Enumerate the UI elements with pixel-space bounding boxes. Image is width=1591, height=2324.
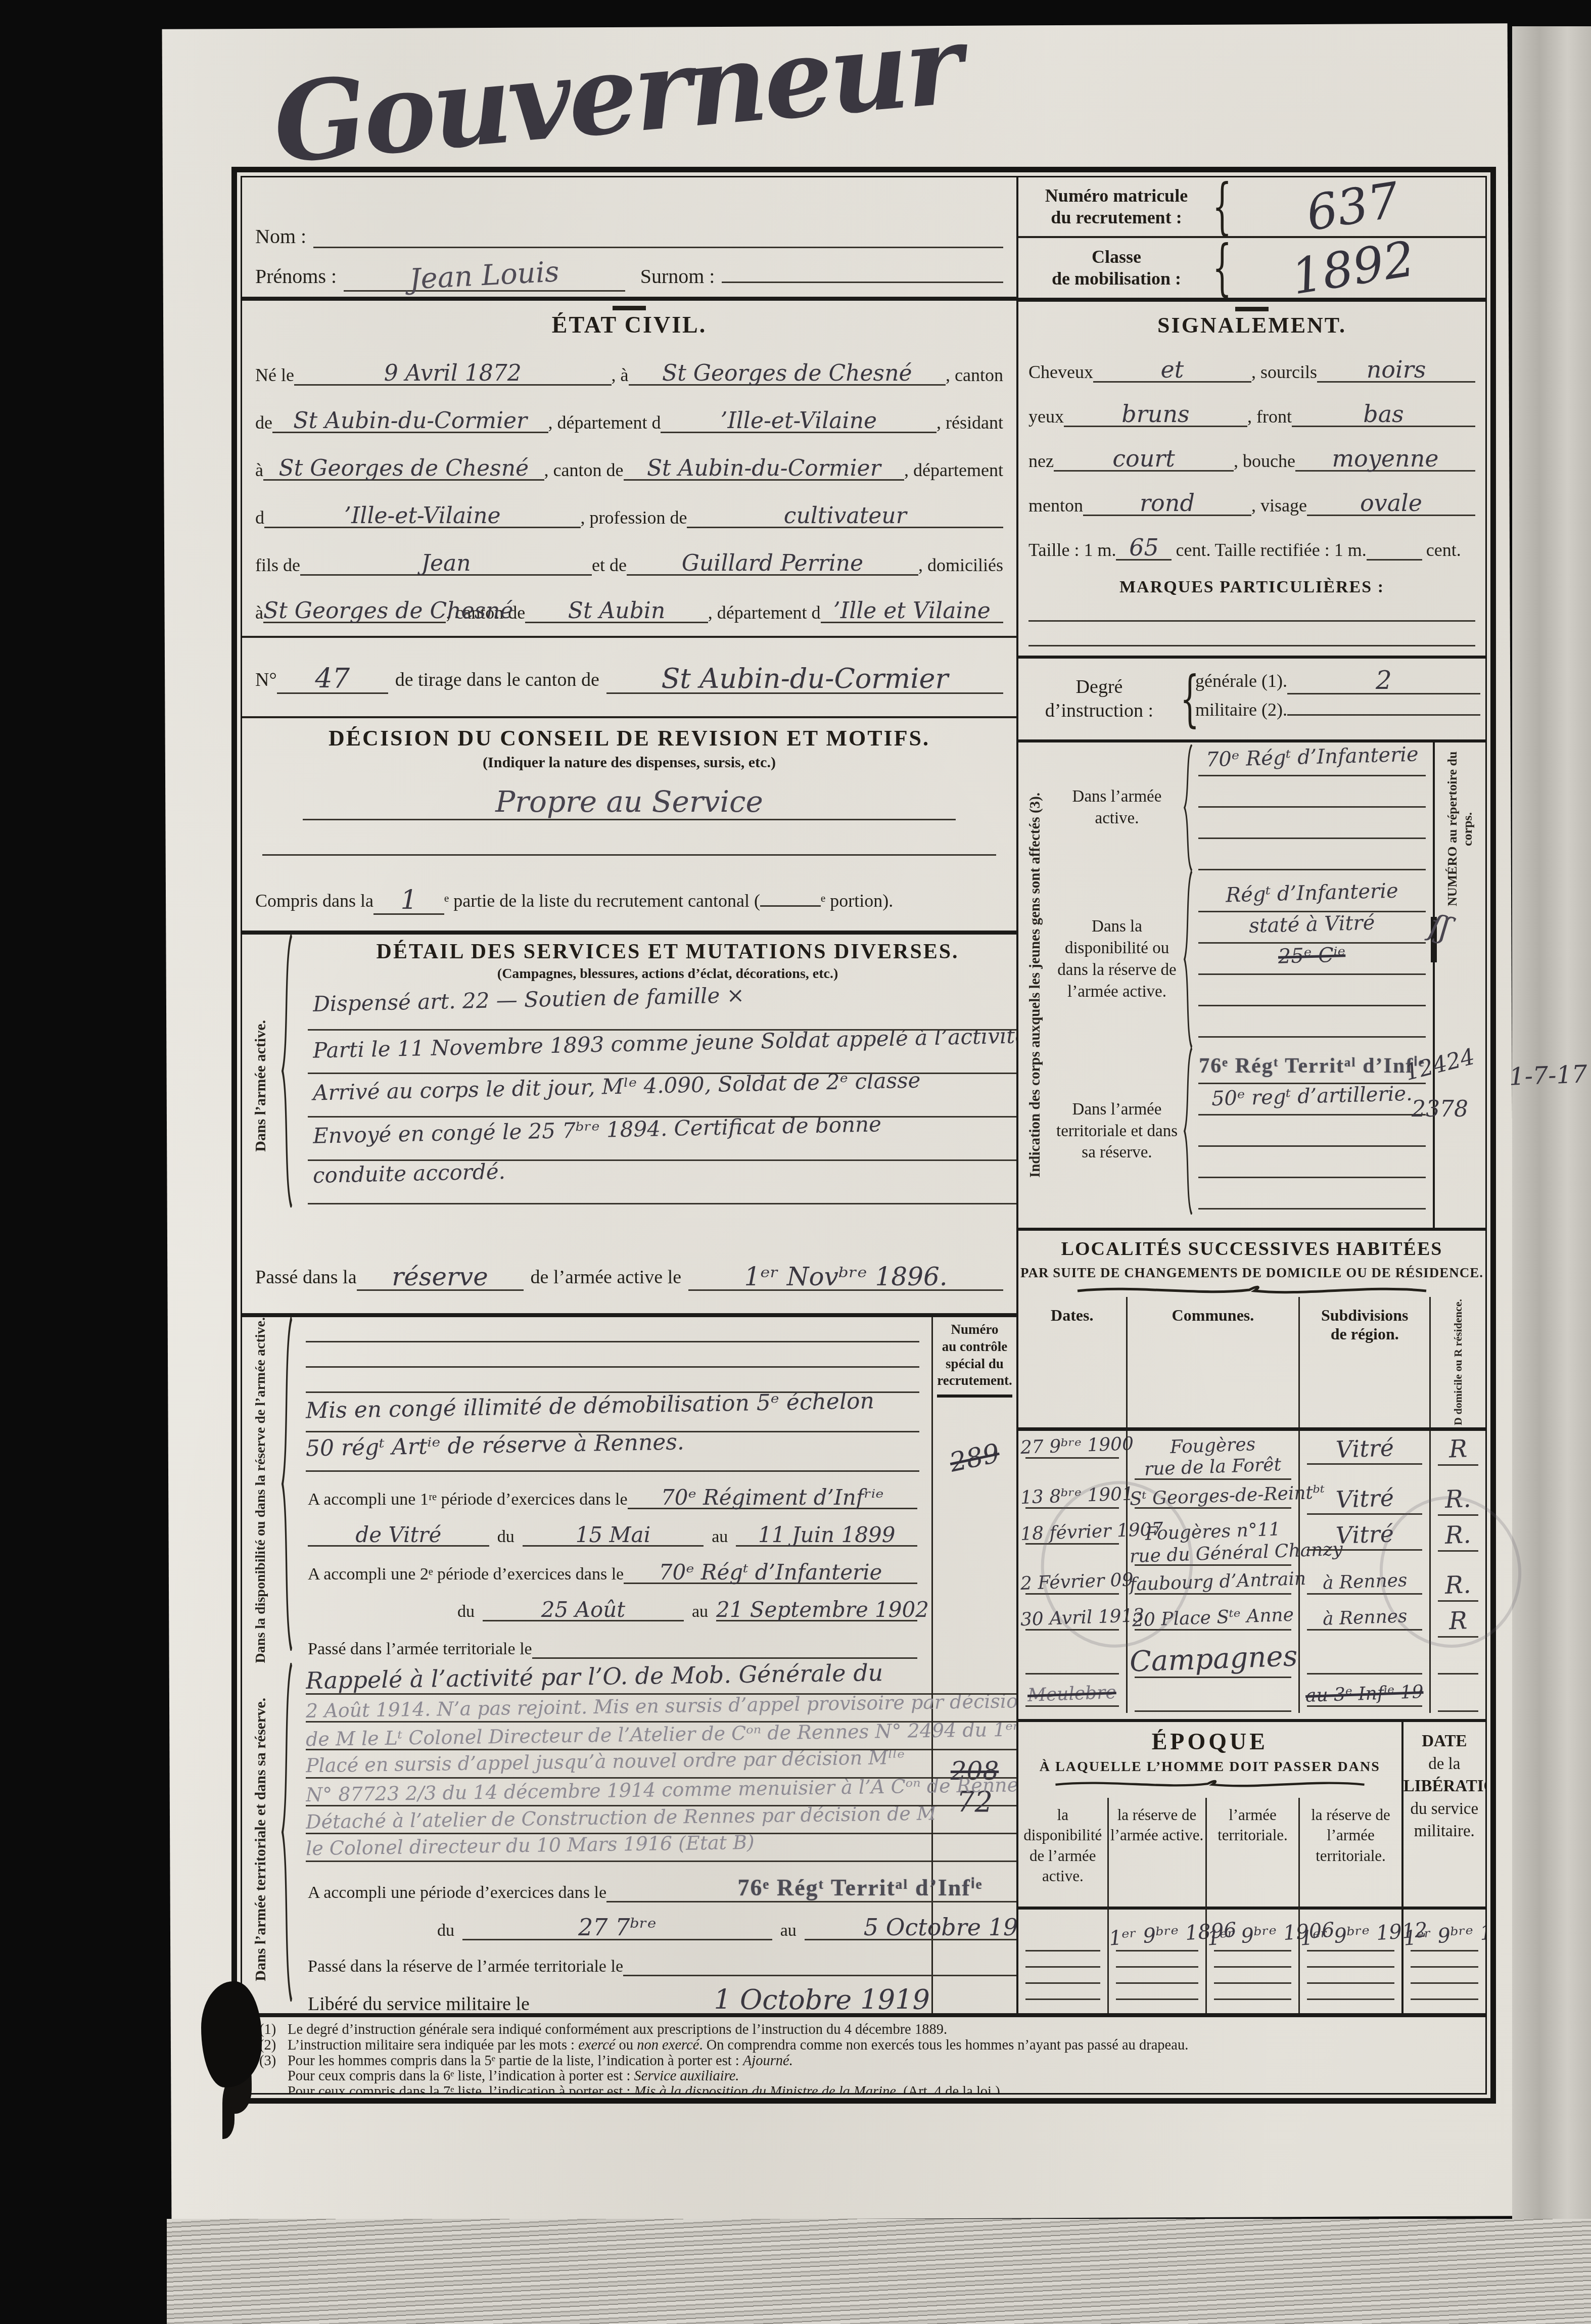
field-value: Guillard Perrine (682, 550, 863, 576)
field-value: St Georges de Chesné (662, 360, 912, 386)
loc-struck-date: Meulebre (1018, 1679, 1126, 1713)
periode1-line2: de Vitré du 15 Mai au 11 Juin 1899 (295, 1509, 930, 1547)
epoque-empty (1107, 1981, 1205, 1997)
classe-value: 1892 (1288, 230, 1419, 306)
name-header-section: Nom : Prénoms : Jean Louis Surnom : (242, 177, 1016, 297)
etat-civil-section: ÉTAT CIVIL. Né le 9 Avril 1872 , à St Ge… (242, 297, 1016, 636)
periode2-line1: A accompli une 2ᵉ période d’exercices da… (295, 1547, 930, 1584)
corps-armee-active: Dans l’armée active. 70ᵉ Régᵗ d’Infanter… (1052, 745, 1433, 871)
taille-line: Taille : 1 m. 65 cent. Taille rectifiée … (1018, 516, 1485, 561)
field-label: Passé dans l’armée territoriale le (308, 1640, 532, 1659)
rappel-entry: N° 87723 2/3 du 14 décembre 1914 comme m… (306, 1779, 1016, 1806)
field-value: St Georges de Chesné (279, 455, 529, 481)
field-label: , département d (548, 412, 661, 433)
field-value: 9 Avril 1872 (384, 360, 522, 386)
localites-title: LOCALITÉS SUCCESSIVES HABITÉES (1018, 1238, 1485, 1260)
curly-brace-icon: { (1180, 672, 1190, 726)
prenoms-line: Prénoms : Jean Louis Surnom : (242, 257, 1016, 292)
signalement-line: nez court , bouche moyenne (1018, 427, 1485, 472)
corps-entry: Régᵗ d’Infanterie (1198, 881, 1426, 912)
liberation-date-value: 1ᵉʳ 9ᵇʳᵉ 1918 (1401, 1907, 1485, 1965)
blank-rule (1198, 1006, 1426, 1038)
curly-brace-icon (1182, 871, 1194, 1048)
compris-line: Compris dans la 1 ᵉ partie de la liste d… (242, 883, 1016, 915)
demobilisation-entry: Mis en congé illimité de démobilisation … (306, 1393, 919, 1432)
rappel-entry: de M le Lᵗ Colonel Directeur de l’Atelie… (306, 1723, 1016, 1750)
epoque-empty (1401, 1981, 1485, 1997)
service-entry: Parti le 11 Novembre 1893 comme jeune So… (308, 1031, 1016, 1074)
periode1-line1: A accompli une 1ʳᵉ période d’exercices d… (295, 1472, 930, 1509)
field-label: Passé dans la (255, 1266, 357, 1288)
curly-brace-icon: { (1212, 179, 1223, 234)
epoque-empty (1298, 1965, 1401, 1981)
epoque-empty (1205, 1965, 1299, 1981)
territoriale-rotated-label: Dans l’armée territoriale et dans sa rés… (242, 1663, 279, 2013)
blank-rule (1028, 645, 1475, 646)
prenoms-value: Jean Louis (409, 255, 560, 296)
field-value: réserve (392, 1262, 488, 1291)
rappel-entry: Rappelé à l’activité par l’O. de Mob. Gé… (306, 1663, 1016, 1695)
next-page-edge (1512, 26, 1591, 2220)
field-value: St Georges de Chesné (263, 598, 513, 624)
field-value: 21 Septembre 1902 (716, 1597, 929, 1622)
margin-date-annotation: 1-7-17 (1509, 1060, 1587, 1091)
footnotes-section: (1) Le degré d’instruction générale sera… (242, 2013, 1485, 2093)
campagnes-note: Campagnes (1126, 1639, 1299, 1679)
field-label: à (255, 602, 263, 623)
passe-territoriale-line: Passé dans l’armée territoriale le (295, 1621, 930, 1659)
field-label: Passé dans la réserve de l’armée territo… (308, 1957, 623, 1976)
epoque-empty (1018, 1997, 1107, 2013)
epoque-value: 1ᵉʳ 9ᵇʳᵉ 1906 (1205, 1907, 1299, 1965)
epoque-header: ÉPOQUE À LAQUELLE L’HOMME DOIT PASSER DA… (1018, 1722, 1401, 1798)
territoriale-section: Dans l’armée territoriale et dans sa rés… (242, 1663, 1016, 2013)
col-header-dates: Dates. (1018, 1297, 1126, 1427)
corps-entry: staté à Vitré (1198, 912, 1426, 944)
field-value: cultivateur (784, 503, 907, 529)
armee-active-rotated-label: Dans l’armée active. (242, 935, 279, 1238)
footnote-3c: Pour ceux compris dans la 7ᵉ liste, l’in… (259, 2084, 1475, 2095)
field-value: 70ᵉ Régᵗ d’Infanterie (659, 1560, 882, 1585)
curly-brace-icon (279, 1317, 295, 1651)
disponibilite-section: Dans la disponibilité ou dans la réserve… (242, 1317, 1016, 1663)
signalement-title: SIGNALEMENT. (1018, 312, 1485, 338)
col-header-domicile-residence: D domicile ou R résidence. (1429, 1297, 1485, 1427)
section-tick (613, 306, 646, 310)
services-section: Dans l’armée active. DÉTAIL DES SERVICES… (242, 931, 1016, 1238)
rappel-entry: Placé en sursis d’appel jusqu’à nouvel o… (306, 1750, 1016, 1778)
numero-repertoire-column: NUMÉRO au répertoire du corps. ſʃ 12424 … (1433, 742, 1485, 1228)
epoque-empty (1205, 1981, 1299, 1997)
corps-entry: 70ᵉ Régᵗ d’Infanterie (1198, 745, 1426, 776)
epoque-empty (1298, 1981, 1401, 1997)
epoque-empty (1401, 1997, 1485, 2013)
epoque-section: ÉPOQUE À LAQUELLE L’HOMME DOIT PASSER DA… (1018, 1719, 1485, 2013)
disponibilite-rotated-label: Dans la disponibilité ou dans la réserve… (242, 1317, 279, 1663)
decision-title: DÉCISION DU CONSEIL DE REVISION ET MOTIF… (242, 725, 1016, 751)
tirage-text: de tirage dans le canton de (395, 669, 599, 691)
epoque-empty (1018, 1981, 1107, 1997)
ec-line-6: à St Georges de Chesné , canton de St Au… (242, 576, 1016, 623)
prenoms-label: Prénoms : (255, 264, 337, 288)
field-value: 1ᵉʳ Novᵇʳᵉ 1896. (744, 1262, 947, 1291)
field-label: à (255, 459, 263, 481)
field-value: 1 Octobre 1919 (714, 1984, 930, 2013)
field-value: 25 Août (541, 1597, 625, 1622)
field-label: du (457, 1602, 475, 1621)
matricule-value: 637 (1303, 177, 1403, 242)
blank-rule (1028, 620, 1475, 622)
scanned-register-page: Gouverneur Nom : Prénoms : Jean Louis Su… (0, 0, 1591, 2324)
field-label: , domiciliés (918, 554, 1003, 576)
field-label: , à (612, 364, 629, 386)
field-label: ᵉ partie de la liste du recrutement cant… (444, 890, 760, 911)
field-label: d (255, 507, 264, 528)
service-entry: conduite accordé. (308, 1161, 1016, 1204)
field-label: Libéré du service militaire le (308, 1993, 530, 2013)
blank-rule (1198, 776, 1426, 808)
blank-rule (1198, 1115, 1426, 1147)
book-page-stack (167, 2219, 1591, 2324)
blank-rule (262, 851, 996, 856)
surnom-underline (722, 282, 1003, 283)
corps-territoriale: Dans l’armée territoriale et dans sa rés… (1052, 1048, 1433, 1215)
epoque-empty (1205, 1997, 1299, 2013)
ec-line-4: d ’Ille-et-Vilaine , profession de culti… (242, 481, 1016, 528)
localites-section: LOCALITÉS SUCCESSIVES HABITÉES PAR SUITE… (1018, 1228, 1485, 1719)
field-label: , département (904, 459, 1003, 481)
corps-entry: 50ᵉ regᵗ d’artillerie. (1198, 1084, 1426, 1115)
field-label: A accompli une période d’exercices dans … (308, 1883, 606, 1902)
classe-box: Classe de mobilisation : { 1892 (1018, 236, 1485, 298)
decision-section: DÉCISION DU CONSEIL DE REVISION ET MOTIF… (242, 716, 1016, 930)
matricule-label: Numéro matricule du recrutement : (1025, 185, 1207, 228)
loc-empty (1126, 1679, 1299, 1713)
rule (1018, 1427, 1485, 1431)
blank-rule (1198, 808, 1426, 839)
curly-brace-icon (279, 1663, 295, 2002)
matricule-box: Numéro matricule du recrutement : { 637 (1018, 177, 1485, 236)
field-label: au (692, 1602, 708, 1621)
field-value: de Vitré (355, 1522, 441, 1547)
right-column: Numéro matricule du recrutement : { 637 … (1016, 177, 1485, 2013)
ec-line-5: fils de Jean et de Guillard Perrine , do… (242, 528, 1016, 576)
ink-blot (201, 1981, 262, 2087)
field-value: ’Ille-et-Vilaine (344, 503, 501, 529)
decision-subtitle: (Indiquer la nature des dispenses, sursi… (242, 754, 1016, 771)
tirage-line: N° 47 de tirage dans le canton de St Aub… (242, 661, 1016, 694)
field-value: Jean (421, 550, 471, 576)
rule (937, 1395, 1012, 1398)
field-label: , résidant (937, 412, 1003, 433)
service-entry: Envoyé en congé le 25 7ᵇʳᵉ 1894. Certifi… (308, 1118, 1016, 1161)
epoque-col4-header: la réserve de l’armée territoriale. (1298, 1798, 1401, 1907)
field-label: , département d (708, 602, 821, 623)
signalement-line: menton rond , visage ovale (1018, 472, 1485, 516)
ec-line-1: Né le 9 Avril 1872 , à St Georges de Che… (242, 338, 1016, 386)
field-value: St Aubin-du-Cormier (647, 455, 881, 481)
blank-rule (306, 1342, 919, 1368)
epoque-empty (1018, 1965, 1107, 1981)
repertoire-number: 2378 (1412, 1096, 1468, 1122)
surnom-label: Surnom : (640, 264, 715, 288)
epoque-empty (1107, 1965, 1205, 1981)
tirage-section: N° 47 de tirage dans le canton de St Aub… (242, 636, 1016, 716)
regiment-stamp: 76ᵉ Régᵗ Territᵃˡ d’Infⁱᵉ (1199, 1054, 1425, 1078)
field-label: au (780, 1921, 797, 1940)
field-label: , profession de (581, 507, 687, 528)
col-header-subdivisions: Subdivisions de région. (1298, 1297, 1429, 1427)
curly-brace-icon (1182, 745, 1194, 871)
epoque-col3-header: l’armée territoriale. (1205, 1798, 1299, 1907)
field-value: ’Ille-et-Vilaine (720, 408, 877, 434)
corps-entry-struck: 25ᵉ Cⁱᵉ (1198, 944, 1426, 975)
curly-brace-icon (279, 935, 295, 1207)
nom-label: Nom : (255, 224, 306, 248)
demobilisation-entry: 50 régᵗ Artⁱᵉ de réserve à Rennes. (306, 1432, 919, 1472)
lower-left-block: Numéro au contrôle spécial du recrutemen… (242, 1313, 1016, 2013)
matricule-form: Nom : Prénoms : Jean Louis Surnom : ÉTAT (231, 167, 1496, 2104)
epoque-empty (1298, 1997, 1401, 2013)
blank-rule (1198, 975, 1426, 1006)
controle-special-column: Numéro au contrôle spécial du recrutemen… (931, 1317, 1016, 2013)
field-label: , canton de (544, 459, 624, 481)
field-label: du (437, 1921, 454, 1940)
tirage-no-value: 47 (315, 663, 350, 694)
epoque-value (1018, 1907, 1107, 1965)
field-value: St Aubin-du-Cormier (293, 408, 527, 434)
loc-empty (1429, 1679, 1485, 1713)
degre-generale-value: 2 (1376, 666, 1392, 695)
epoque-value: 1ᵉʳ 9ᵇʳᵉ 1896 (1107, 1907, 1205, 1965)
field-label: fils de (255, 554, 300, 576)
section-tick (1235, 307, 1269, 311)
field-label: de (255, 412, 272, 433)
passe-reserve-territoriale-line: Passé dans la réserve de l’armée territo… (295, 1940, 1016, 1976)
field-label: Né le (255, 364, 294, 386)
service-entry: Arrivé au corps le dit jour, Mˡᵉ 4.090, … (308, 1074, 1016, 1118)
field-label: Compris dans la (255, 890, 373, 911)
decision-value-line: Propre au Service (303, 784, 956, 820)
services-subtitle: (Campagnes, blessures, actions d’éclat, … (295, 966, 1016, 982)
decision-value: Propre au Service (495, 784, 763, 819)
left-column: Nom : Prénoms : Jean Louis Surnom : ÉTAT (242, 177, 1016, 2013)
field-value: 11 Juin 1899 (758, 1522, 895, 1547)
periode2-line2: du 25 Août au 21 Septembre 1902 (295, 1584, 930, 1621)
epoque-empty (1401, 1965, 1485, 1981)
degre-militaire-line: militaire (2). (1195, 699, 1480, 734)
regiment-stamp: 76ᵉ Régᵗ Territᵃˡ d’Infⁱᵉ (738, 1875, 983, 1900)
field-label: A accompli une 1ʳᵉ période d’exercices d… (308, 1490, 628, 1509)
blank-rule (306, 1317, 919, 1342)
nom-line: Nom : (242, 193, 1016, 248)
controle-header: Numéro au contrôle spécial du recrutemen… (933, 1317, 1016, 1389)
field-value: 15 Mai (576, 1522, 650, 1547)
blank-rule (1198, 839, 1426, 870)
field-value: 70ᵉ Régiment d’Infʳⁱᵉ (661, 1485, 884, 1510)
field-label: et de (592, 554, 627, 576)
prenoms-underline: Jean Louis (344, 257, 625, 292)
passe-reserve-line: Passé dans la réserve de l’armée active … (242, 1260, 1016, 1291)
corps-rotated-label: Indication des corps auxquels les jeunes… (1018, 742, 1052, 1228)
marques-label: MARQUES PARTICULIÈRES : (1018, 578, 1485, 597)
controle-number-struck: 289 (931, 1435, 1016, 1482)
footnote-1: (1) Le degré d’instruction générale sera… (259, 2022, 1475, 2038)
swash-divider (1075, 1284, 1429, 1297)
col-header-communes: Communes. (1126, 1297, 1299, 1427)
signalement-line: yeux bruns , front bas (1018, 383, 1485, 427)
field-label: A accompli une 2ᵉ période d’exercices da… (308, 1565, 624, 1584)
periode-territoriale-line1: A accompli une période d’exercices dans … (295, 1862, 1016, 1902)
swash-divider (1053, 1778, 1367, 1790)
nom-underline (313, 193, 1003, 248)
services-title: DÉTAIL DES SERVICES ET MUTATIONS DIVERSE… (295, 940, 1016, 964)
epoque-value: 1ᵉʳ 9ᵇʳᵉ 1912 (1298, 1907, 1401, 1965)
epoque-col1-header: la disponibilité de l’armée active. (1018, 1798, 1107, 1907)
field-label: ᵉ portion). (821, 890, 893, 911)
date-liberation-header: DATE de la LIBÉRATION du service militai… (1401, 1722, 1485, 1907)
rappel-entry: 2 Août 1914. N’a pas rejoint. Mis en sur… (306, 1695, 1016, 1723)
blank-rule (1198, 1147, 1426, 1178)
field-value: ’Ille et Vilaine (833, 598, 991, 624)
signalement-line: Cheveux et , sourcils noirs (1018, 338, 1485, 383)
classe-label: Classe de mobilisation : (1025, 246, 1207, 290)
rappel-entry: le Colonel directeur du 10 Mars 1916 (Ét… (306, 1834, 1016, 1862)
marques-section: MARQUES PARTICULIÈRES : (1018, 575, 1485, 656)
field-label: de l’armée active le (531, 1266, 682, 1288)
loc-empty (1298, 1639, 1429, 1679)
field-value: 27 7ᵇʳᵉ (578, 1914, 657, 1941)
footnote-3: (3) Pour les hommes compris dans la 5ᵉ p… (259, 2054, 1475, 2069)
loc-date: 27 9ᵇʳᵉ 1900 (1018, 1431, 1126, 1481)
curly-brace-icon (1182, 1048, 1194, 1215)
epoque-empty (1107, 1997, 1205, 2013)
ec-line-2: de St Aubin-du-Cormier , département d ’… (242, 386, 1016, 433)
signalement-section: SIGNALEMENT. Cheveux et , sourcils noirs… (1018, 298, 1485, 575)
blank-rule (1198, 1178, 1426, 1210)
field-value: 5 Octobre 1908. (864, 1914, 1016, 1941)
corps-stamp-entry: 76ᵉ Régᵗ Territᵃˡ d’Infⁱᵉ (1198, 1053, 1426, 1084)
degre-generale-line: générale (1). 2 (1195, 664, 1480, 699)
corps-disponibilite: Dans la disponibilité ou dans la réserve… (1052, 871, 1433, 1048)
ec-line-3: à St Georges de Chesné , canton de St Au… (242, 433, 1016, 481)
loc-commune: Fougèresrue de la Forêt (1126, 1431, 1299, 1481)
loc-dr: R (1429, 1431, 1485, 1481)
loc-subdivision: Vitré (1298, 1431, 1429, 1481)
libere-line: Libéré du service militaire le 1 Octobre… (295, 1976, 1016, 2013)
footnote-3b: Pour ceux compris dans la 6ᵉ liste, l’in… (259, 2069, 1475, 2084)
tirage-canton-value: St Aubin-du-Cormier (661, 663, 948, 694)
service-entry: Dispensé art. 22 — Soutien de famille × (308, 987, 1016, 1031)
degre-label: Degré d’instruction : (1023, 675, 1175, 723)
curly-brace-icon: { (1212, 241, 1223, 295)
tirage-no-label: N° (255, 669, 277, 691)
loc-struck-subdivision: au 3ᵉ Infⁱᵉ 19 (1298, 1679, 1429, 1713)
periode-territoriale-line2: du 27 7ᵇʳᵉ au 5 Octobre 1908. (295, 1902, 1016, 1941)
etat-civil-title: ÉTAT CIVIL. (242, 311, 1016, 338)
field-label: du (497, 1527, 514, 1547)
passe-reserve-section: Passé dans la réserve de l’armée active … (242, 1238, 1016, 1313)
field-label: , canton (946, 364, 1003, 386)
field-label: au (712, 1527, 728, 1547)
epoque-col2-header: la réserve de l’armée active. (1107, 1798, 1205, 1907)
rappel-entry: Détaché à l’atelier de Construction de R… (306, 1806, 1016, 1834)
localites-subtitle: PAR SUITE DE CHANGEMENTS DE DOMICILE OU … (1018, 1265, 1485, 1281)
field-value: 1 (400, 885, 417, 915)
corps-affectes-section: Indication des corps auxquels les jeunes… (1018, 739, 1485, 1228)
footnote-2: (2) L’instruction militaire sera indiqué… (259, 2038, 1475, 2054)
degre-instruction-section: Degré d’instruction : { générale (1). 2 … (1018, 656, 1485, 739)
field-value: St Aubin (568, 598, 666, 624)
